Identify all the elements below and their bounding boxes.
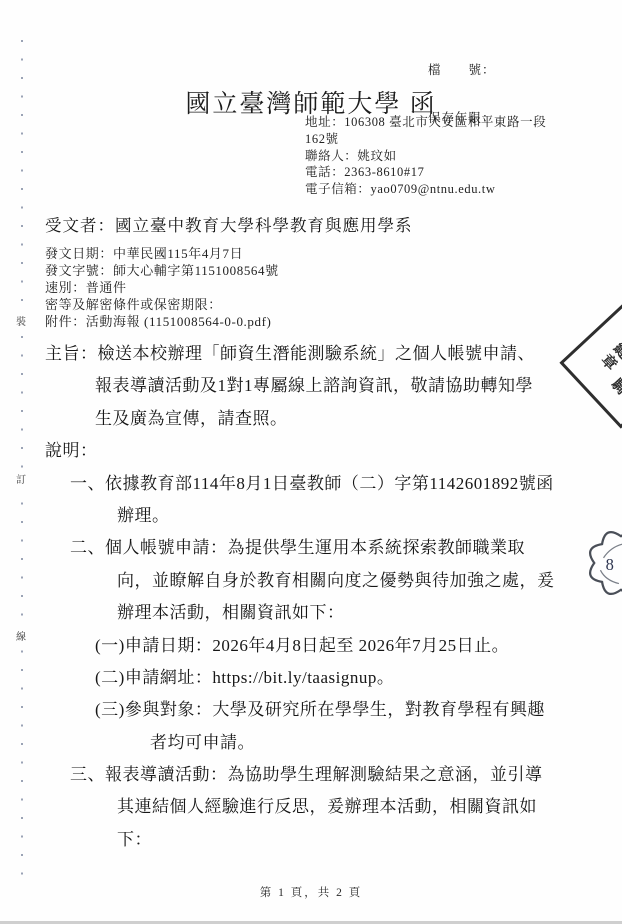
binding-mark-zhuang: 裝 <box>14 313 28 328</box>
sender-contact-line: 電子信箱：yao0709@ntnu.edu.tw <box>305 181 546 198</box>
seam-stamp-text-col2: 縫章 <box>595 337 622 376</box>
sender-contact-line: 地址：106308 臺北市大安區和平東路一段 <box>305 114 546 131</box>
body-line: (三)參與對象：大學及研究所在學學生，對教育學程有興趣 <box>45 694 585 726</box>
body-line: 說明： <box>45 435 585 467</box>
body-line: 辦理本活動，相關資訊如下： <box>45 597 585 629</box>
meta-line: 發文日期：中華民國115年4月7日 <box>45 245 279 262</box>
body-line: 者均可申請。 <box>45 727 585 759</box>
binding-mark-ding: 訂 <box>14 471 28 486</box>
binding-dotted-line <box>21 40 23 886</box>
body-line: 二、個人帳號申請：為提供學生運用本系統探索教師職業取 <box>45 532 585 564</box>
meta-line: 密等及解密條件或保密期限： <box>45 296 279 313</box>
sender-contact-line: 聯絡人：姚玟如 <box>305 148 546 165</box>
flower-seal-icon: 8 <box>585 527 622 599</box>
meta-line: 發文字號：師大心輔字第1151008564號 <box>45 262 279 279</box>
body-line: 三、報表導讀活動：為協助學生理解測驗結果之意涵，並引導 <box>45 759 585 791</box>
sender-contact-block: 地址：106308 臺北市大安區和平東路一段162號聯絡人：姚玟如電話：2363… <box>305 114 546 198</box>
letter-body: 主旨：檢送本校辦理「師資生潛能測驗系統」之個人帳號申請、報表導讀活動及1對1專屬… <box>45 338 585 856</box>
meta-line: 速別：普通件 <box>45 279 279 296</box>
body-line: (二)申請網址：https://bit.ly/taasignup。 <box>45 662 585 694</box>
flower-seal-stamp: 8 <box>585 527 622 604</box>
flower-seal-text: 8 <box>606 555 614 574</box>
sender-contact-line: 電話：2363-8610#17 <box>305 164 546 181</box>
file-number-label: 檔 號： <box>428 62 496 78</box>
page-number-footer: 第 1 頁，共 2 頁 <box>0 884 622 900</box>
body-line: 下： <box>45 824 585 856</box>
body-line: 生及廣為宣傳，請查照。 <box>45 403 585 435</box>
sender-contact-line: 162號 <box>305 131 546 148</box>
body-line: 辦理。 <box>45 500 585 532</box>
recipient-line: 受文者：國立臺中教育大學科學教育與應用學系 <box>45 212 413 236</box>
document-meta-block: 發文日期：中華民國115年4月7日發文字號：師大心輔字第1151008564號速… <box>45 245 279 330</box>
body-line: (一)申請日期：2026年4月8日起至 2026年7月25日止。 <box>45 630 585 662</box>
binding-mark-xian: 線 <box>14 628 28 643</box>
body-line: 一、依據教育部114年8月1日臺教師（二）字第1142601892號函 <box>45 468 585 500</box>
body-line: 其連結個人經驗進行反思，爰辦理本活動，相關資訊如 <box>45 791 585 823</box>
body-line: 報表導讀活動及1對1專屬線上諮詢資訊，敬請協助轉知學 <box>45 370 585 402</box>
meta-line: 附件：活動海報 (1151008564-0-0.pdf) <box>45 313 279 330</box>
official-letter-page: 檔 號： 保存年限： 國立臺灣師範大學 函 地址：106308 臺北市大安區和平… <box>0 0 622 924</box>
body-line: 主旨：檢送本校辦理「師資生潛能測驗系統」之個人帳號申請、 <box>45 338 585 370</box>
body-line: 向，並瞭解自身於教育相關向度之優勢與待加強之處，爰 <box>45 565 585 597</box>
